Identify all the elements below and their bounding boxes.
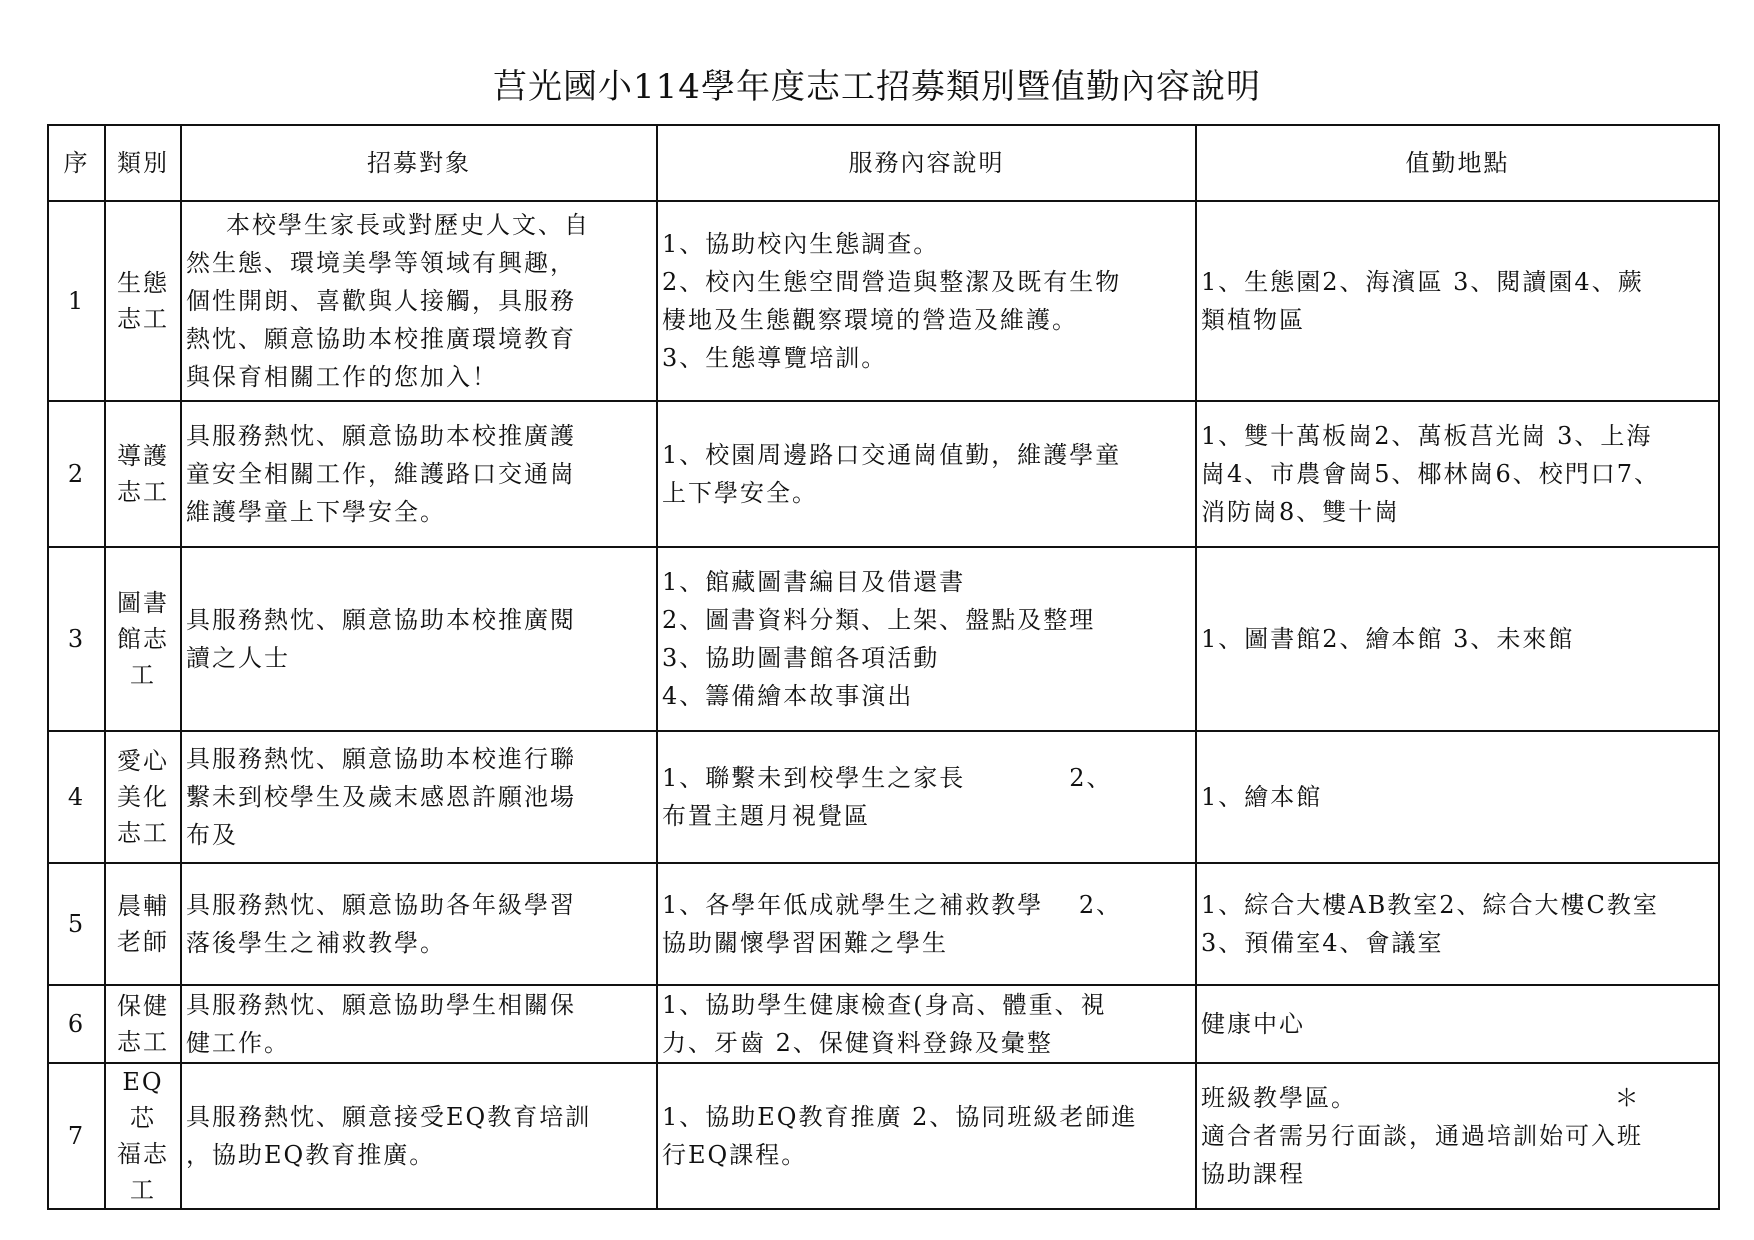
cell-category: 晨輔 老師 xyxy=(105,863,181,985)
cell-service: 1、聯繫未到校學生之家長 2、 布置主題月視覺區 xyxy=(657,731,1196,863)
cell-location: 1、繪本館 xyxy=(1196,731,1719,863)
cell-service: 1、協助EQ教育推廣 2、協同班級老師進 行EQ課程。 xyxy=(657,1063,1196,1209)
service-line: 1、校園周邊路口交通崗值勤，維護學童 xyxy=(662,436,1191,474)
cell-target: 具服務熱忱、願意協助各年級學習 落後學生之補救教學。 xyxy=(181,863,657,985)
category-line: 圖書 xyxy=(110,585,176,621)
table-row: 4 愛心 美化 志工 具服務熱忱、願意協助本校進行聯 繫未到校學生及歲末感恩許願… xyxy=(48,731,1719,863)
location-line: 適合者需另行面談，通過培訓始可入班 xyxy=(1201,1117,1714,1155)
service-line: 1、協助EQ教育推廣 2、協同班級老師進 xyxy=(662,1098,1191,1136)
location-line: 班級教學區。 ＊ xyxy=(1201,1079,1714,1117)
category-line: 館志 xyxy=(110,621,176,657)
document-title: 莒光國小114學年度志工招募類別暨值勤內容說明 xyxy=(0,62,1754,112)
target-line: 具服務熱忱、願意協助本校進行聯 xyxy=(186,740,652,778)
category-line: 志工 xyxy=(110,815,176,851)
service-line: 行EQ課程。 xyxy=(662,1136,1191,1174)
target-line: 具服務熱忱、願意接受EQ教育培訓 xyxy=(186,1098,652,1136)
service-line: 3、協助圖書館各項活動 xyxy=(662,639,1191,677)
target-line: 具服務熱忱、願意協助各年級學習 xyxy=(186,886,652,924)
cell-location: 健康中心 xyxy=(1196,985,1719,1063)
cell-service: 1、協助學生健康檢查(身高、體重、視 力、牙齒 2、保健資料登錄及彙整 xyxy=(657,985,1196,1063)
table-row: 1 生態 志工 本校學生家長或對歷史人文、自 然生態、環境美學等領域有興趣， 個… xyxy=(48,201,1719,401)
category-line: 志工 xyxy=(110,1024,176,1060)
table-row: 5 晨輔 老師 具服務熱忱、願意協助各年級學習 落後學生之補救教學。 1、各學年… xyxy=(48,863,1719,985)
cell-seq: 7 xyxy=(48,1063,105,1209)
target-line: 熱忱、願意協助本校推廣環境教育 xyxy=(186,320,652,358)
service-line: 棲地及生態觀察環境的營造及維護。 xyxy=(662,301,1191,339)
cell-category: 生態 志工 xyxy=(105,201,181,401)
table-row: 6 保健 志工 具服務熱忱、願意協助學生相關保 健工作。 1、協助學生健康檢查(… xyxy=(48,985,1719,1063)
location-line: 崗4、市農會崗5、椰林崗6、校門口7、 xyxy=(1201,455,1714,493)
category-line: 晨輔 xyxy=(110,888,176,924)
category-line: 志工 xyxy=(110,301,176,337)
category-line: 福志 xyxy=(110,1136,176,1172)
service-line: 1、協助校內生態調查。 xyxy=(662,225,1191,263)
target-line: 具服務熱忱、願意協助學生相關保 xyxy=(186,986,652,1024)
service-line: 上下學安全。 xyxy=(662,474,1191,512)
category-line: 愛心 xyxy=(110,743,176,779)
cell-target: 具服務熱忱、願意接受EQ教育培訓 ，協助EQ教育推廣。 xyxy=(181,1063,657,1209)
table-row: 7 EQ芯 福志 工 具服務熱忱、願意接受EQ教育培訓 ，協助EQ教育推廣。 1… xyxy=(48,1063,1719,1209)
target-line: 讀之人士 xyxy=(186,639,652,677)
category-line: 工 xyxy=(110,1172,176,1208)
service-line: 1、各學年低成就學生之補救教學 2、 xyxy=(662,886,1191,924)
cell-target: 具服務熱忱、願意協助本校推廣護 童安全相關工作，維護路口交通崗 維護學童上下學安… xyxy=(181,401,657,547)
category-line: 生態 xyxy=(110,265,176,301)
service-line: 2、圖書資料分類、上架、盤點及整理 xyxy=(662,601,1191,639)
cell-category: 圖書 館志 工 xyxy=(105,547,181,731)
location-line: 消防崗8、雙十崗 xyxy=(1201,493,1714,531)
location-line: 協助課程 xyxy=(1201,1155,1714,1193)
service-line: 1、協助學生健康檢查(身高、體重、視 xyxy=(662,986,1191,1024)
header-target: 招募對象 xyxy=(181,125,657,201)
category-line: 保健 xyxy=(110,988,176,1024)
location-line: 1、圖書館2、繪本館 3、未來館 xyxy=(1201,620,1714,658)
target-line: 與保育相關工作的您加入！ xyxy=(186,358,652,396)
cell-target: 具服務熱忱、願意協助本校進行聯 繫未到校學生及歲末感恩許願池場 布及 xyxy=(181,731,657,863)
target-line: 具服務熱忱、願意協助本校推廣護 xyxy=(186,417,652,455)
service-line: 1、館藏圖書編目及借還書 xyxy=(662,563,1191,601)
target-line: ，協助EQ教育推廣。 xyxy=(186,1136,652,1174)
cell-location: 1、生態園2、海濱區 3、閱讀園4、蕨 類植物區 xyxy=(1196,201,1719,401)
target-line: 健工作。 xyxy=(186,1024,652,1062)
cell-target: 具服務熱忱、願意協助學生相關保 健工作。 xyxy=(181,985,657,1063)
header-service: 服務內容說明 xyxy=(657,125,1196,201)
table-header-row: 序 類別 招募對象 服務內容說明 值勤地點 xyxy=(48,125,1719,201)
service-line: 3、生態導覽培訓。 xyxy=(662,339,1191,377)
location-line: 1、生態園2、海濱區 3、閱讀園4、蕨 xyxy=(1201,263,1714,301)
cell-location: 1、雙十萬板崗2、萬板莒光崗 3、上海 崗4、市農會崗5、椰林崗6、校門口7、 … xyxy=(1196,401,1719,547)
cell-seq: 4 xyxy=(48,731,105,863)
location-line: 1、雙十萬板崗2、萬板莒光崗 3、上海 xyxy=(1201,417,1714,455)
cell-service: 1、館藏圖書編目及借還書 2、圖書資料分類、上架、盤點及整理 3、協助圖書館各項… xyxy=(657,547,1196,731)
service-line: 力、牙齒 2、保健資料登錄及彙整 xyxy=(662,1024,1191,1062)
cell-seq: 5 xyxy=(48,863,105,985)
service-line: 布置主題月視覺區 xyxy=(662,797,1191,835)
cell-category: EQ芯 福志 工 xyxy=(105,1063,181,1209)
cell-seq: 3 xyxy=(48,547,105,731)
cell-location: 1、綜合大樓AB教室2、綜合大樓C教室 3、預備室4、會議室 xyxy=(1196,863,1719,985)
service-line: 4、籌備繪本故事演出 xyxy=(662,677,1191,715)
category-line: 志工 xyxy=(110,474,176,510)
cell-category: 愛心 美化 志工 xyxy=(105,731,181,863)
cell-location: 1、圖書館2、繪本館 3、未來館 xyxy=(1196,547,1719,731)
target-line: 繫未到校學生及歲末感恩許願池場 xyxy=(186,778,652,816)
cell-target: 本校學生家長或對歷史人文、自 然生態、環境美學等領域有興趣， 個性開朗、喜歡與人… xyxy=(181,201,657,401)
header-category: 類別 xyxy=(105,125,181,201)
cell-service: 1、協助校內生態調查。 2、校內生態空間營造與整潔及既有生物 棲地及生態觀察環境… xyxy=(657,201,1196,401)
location-line: 1、繪本館 xyxy=(1201,778,1714,816)
category-line: 工 xyxy=(110,657,176,693)
cell-service: 1、校園周邊路口交通崗值勤，維護學童 上下學安全。 xyxy=(657,401,1196,547)
target-line: 本校學生家長或對歷史人文、自 xyxy=(186,206,652,244)
cell-seq: 2 xyxy=(48,401,105,547)
service-line: 協助關懷學習困難之學生 xyxy=(662,924,1191,962)
category-line: 老師 xyxy=(110,924,176,960)
target-line: 布及 xyxy=(186,816,652,854)
cell-seq: 1 xyxy=(48,201,105,401)
category-line: EQ芯 xyxy=(110,1064,176,1136)
target-line: 童安全相關工作，維護路口交通崗 xyxy=(186,455,652,493)
table-row: 2 導護 志工 具服務熱忱、願意協助本校推廣護 童安全相關工作，維護路口交通崗 … xyxy=(48,401,1719,547)
header-location: 值勤地點 xyxy=(1196,125,1719,201)
header-seq: 序 xyxy=(48,125,105,201)
category-line: 導護 xyxy=(110,438,176,474)
location-line: 類植物區 xyxy=(1201,301,1714,339)
location-line: 1、綜合大樓AB教室2、綜合大樓C教室 xyxy=(1201,886,1714,924)
target-line: 具服務熱忱、願意協助本校推廣閱 xyxy=(186,601,652,639)
service-line: 1、聯繫未到校學生之家長 2、 xyxy=(662,759,1191,797)
table-row: 3 圖書 館志 工 具服務熱忱、願意協助本校推廣閱 讀之人士 1、館藏圖書編目及… xyxy=(48,547,1719,731)
cell-location: 班級教學區。 ＊ 適合者需另行面談，通過培訓始可入班 協助課程 xyxy=(1196,1063,1719,1209)
target-line: 維護學童上下學安全。 xyxy=(186,493,652,531)
category-line: 美化 xyxy=(110,779,176,815)
cell-category: 保健 志工 xyxy=(105,985,181,1063)
volunteer-recruitment-table: 序 類別 招募對象 服務內容說明 值勤地點 1 生態 志工 本校學生家長或對歷史… xyxy=(47,124,1720,1210)
cell-service: 1、各學年低成就學生之補救教學 2、 協助關懷學習困難之學生 xyxy=(657,863,1196,985)
target-line: 落後學生之補救教學。 xyxy=(186,924,652,962)
cell-seq: 6 xyxy=(48,985,105,1063)
location-line: 健康中心 xyxy=(1201,1005,1714,1043)
service-line: 2、校內生態空間營造與整潔及既有生物 xyxy=(662,263,1191,301)
target-line: 個性開朗、喜歡與人接觸，具服務 xyxy=(186,282,652,320)
cell-target: 具服務熱忱、願意協助本校推廣閱 讀之人士 xyxy=(181,547,657,731)
target-line: 然生態、環境美學等領域有興趣， xyxy=(186,244,652,282)
location-line: 3、預備室4、會議室 xyxy=(1201,924,1714,962)
cell-category: 導護 志工 xyxy=(105,401,181,547)
